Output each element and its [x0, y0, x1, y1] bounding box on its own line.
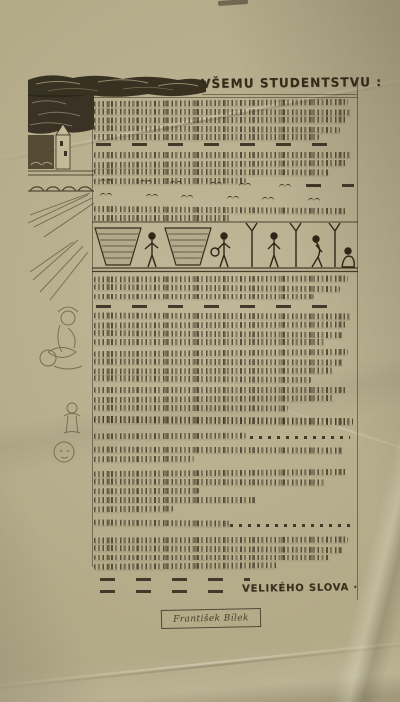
handwritten-line: [94, 375, 311, 382]
dash-marks: [100, 590, 230, 593]
handwritten-line: [94, 416, 353, 425]
dash-marks: [250, 436, 350, 439]
left-margin-illustration: [28, 95, 94, 237]
handwritten-line: [94, 349, 348, 357]
paper-crease: [0, 638, 400, 688]
handwritten-line: [94, 294, 314, 300]
title-underline: [202, 94, 358, 95]
handwritten-line: [94, 134, 319, 140]
handwritten-line: [94, 536, 348, 543]
handwritten-line: [94, 330, 343, 338]
handwritten-line: [94, 99, 348, 107]
handwritten-line: [94, 159, 346, 167]
bird-icon: [170, 181, 182, 187]
signature-text: František Bílek: [173, 613, 249, 625]
dash-marks: [230, 524, 350, 527]
dash-marks: [96, 143, 346, 146]
handwritten-line: [94, 169, 330, 176]
tape-mark: [218, 0, 248, 6]
handwritten-line: [94, 563, 277, 570]
handwritten-line: [94, 469, 346, 477]
handwritten-line: [94, 497, 256, 503]
text-block-top-border: [92, 97, 358, 98]
handwritten-line: [94, 125, 340, 133]
handwritten-line: [94, 505, 173, 511]
handwritten-line: [94, 152, 351, 158]
bird-icon: [146, 194, 158, 200]
closing-phrase: VELIKÉHO SLOVA ·: [238, 582, 358, 595]
bird-icon: [227, 196, 239, 202]
paper-crease: [0, 641, 400, 691]
poster-title: VŠEMU STUDENTSTVU :: [201, 74, 359, 91]
handwritten-line: [94, 446, 343, 453]
handwritten-line: [94, 206, 346, 214]
handwritten-line: [94, 339, 325, 345]
handwritten-line: [94, 456, 194, 462]
handwritten-line: [94, 117, 346, 124]
dash-marks: [96, 305, 348, 308]
bird-icon: [100, 179, 112, 185]
handwritten-line: [94, 555, 330, 561]
handwritten-line: [94, 284, 340, 292]
handwritten-line: [94, 519, 230, 526]
signature-box: František Bílek: [161, 608, 261, 629]
text-block-left-border: [92, 97, 93, 567]
bird-icon: [309, 185, 321, 191]
handwritten-line: [94, 487, 199, 493]
handwritten-line: [94, 321, 346, 328]
frieze-illustration: [92, 221, 358, 273]
bird-icon: [279, 184, 291, 190]
handwritten-line: [94, 395, 335, 403]
bird-icon: [308, 198, 320, 204]
bird-icon: [140, 180, 152, 186]
handwritten-line: [94, 387, 346, 393]
handwritten-line: [94, 312, 351, 319]
text-block-right-border: [357, 80, 358, 600]
handwritten-line: [94, 405, 288, 411]
handwritten-line: [94, 275, 348, 282]
handwritten-line: [94, 545, 343, 553]
bird-icon: [239, 183, 251, 189]
handwritten-line: [94, 358, 343, 365]
margin-sketches-illustration: [28, 240, 94, 472]
handwritten-line: [94, 478, 325, 485]
handwritten-line: [94, 367, 335, 374]
bird-icon: [100, 193, 112, 199]
handwritten-line: [94, 215, 230, 221]
dash-marks: [100, 578, 250, 581]
bird-icon: [181, 195, 193, 201]
poster-photograph: VŠEMU STUDENTSTVU :: [0, 0, 400, 702]
bird-icon: [262, 197, 274, 203]
handwritten-line: [94, 433, 246, 439]
bird-icon: [210, 182, 222, 188]
handwritten-line: [94, 108, 351, 115]
